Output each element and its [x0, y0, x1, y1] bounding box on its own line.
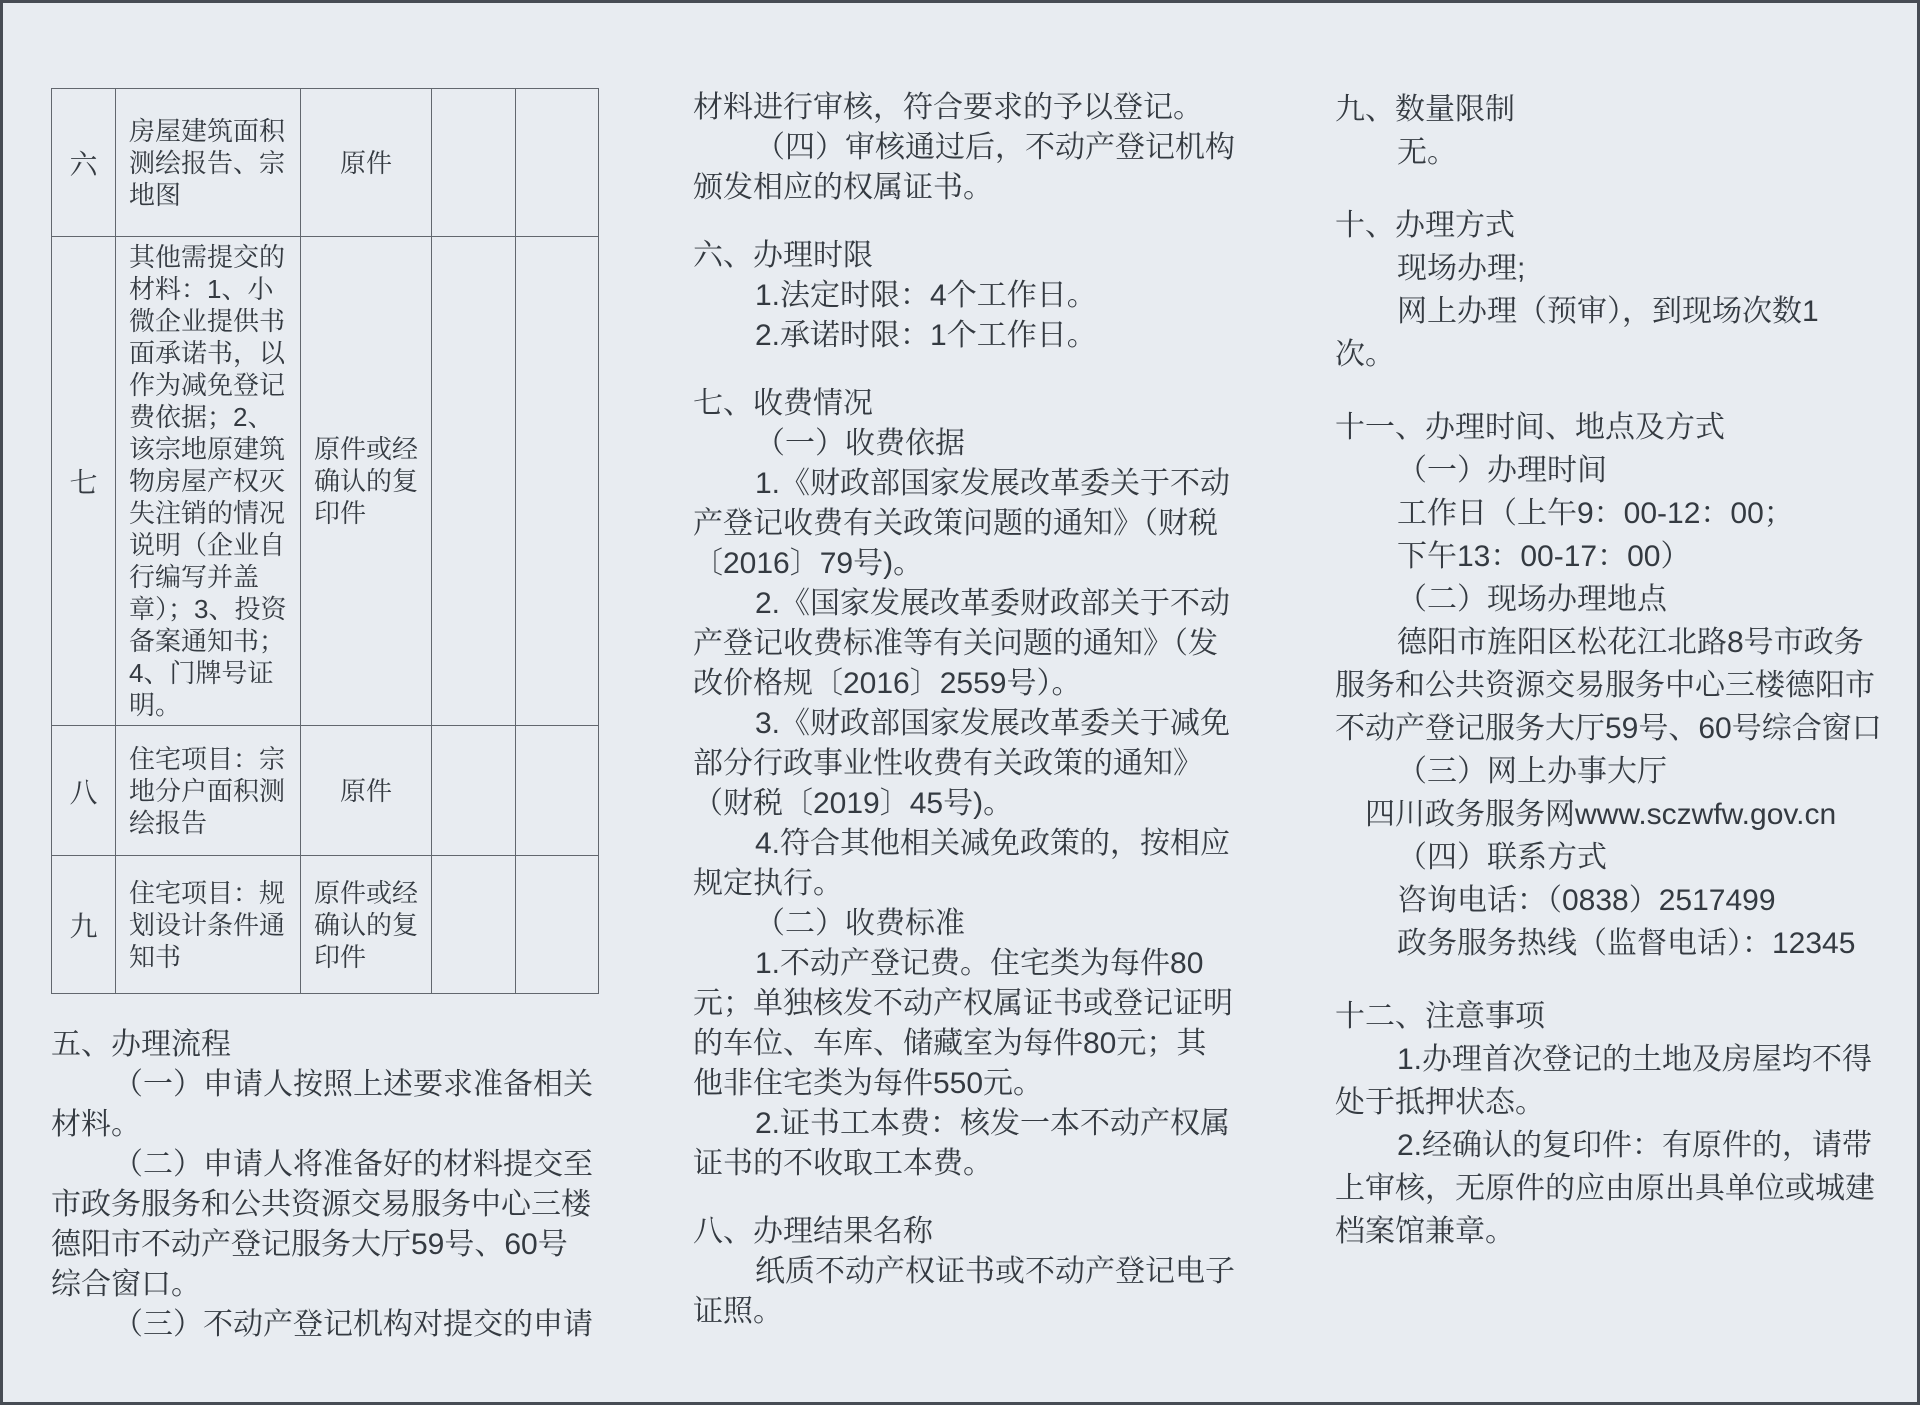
text-line: 改价格规〔2016〕2559号）。	[693, 664, 1238, 704]
material-form-cell: 原件	[301, 726, 432, 856]
text-line: 颁发相应的权属证书。	[693, 168, 1238, 208]
text-line: 十二、注意事项	[1335, 995, 1917, 1038]
text-line: 2.承诺时限：1个工作日。	[693, 316, 1238, 356]
text-line: 材料进行审核，符合要求的予以登记。	[693, 88, 1238, 128]
requirements-table: 六房屋建筑面积测绘报告、宗地图原件七其他需提交的材料：1、小微企业提供书面承诺书…	[51, 88, 599, 994]
table-row: 八住宅项目：宗地分户面积测绘报告原件	[52, 726, 599, 856]
text-line: 产登记收费标准等有关问题的通知》（发	[693, 624, 1238, 664]
text-line: （三）网上办事大厅	[1335, 750, 1917, 793]
text-line: 证照。	[693, 1292, 1238, 1332]
text-line: （财税〔2019〕45号)。	[693, 784, 1238, 824]
material-name-cell: 房屋建筑面积测绘报告、宗地图	[116, 89, 301, 237]
text-line: 处于抵押状态。	[1335, 1081, 1917, 1124]
material-name-cell: 其他需提交的材料：1、小微企业提供书面承诺书，以作为减免登记费依据；2、该宗地原…	[116, 237, 301, 726]
text-line: 政务服务热线（监督电话）：12345	[1335, 922, 1917, 965]
text-line: 无。	[1335, 131, 1917, 174]
text-line: 1.不动产登记费。住宅类为每件80	[693, 944, 1238, 984]
text-line: 次。	[1335, 333, 1917, 376]
text-line: （三）不动产登记机构对提交的申请	[51, 1305, 596, 1345]
text-line: 综合窗口。	[51, 1265, 596, 1305]
material-form-cell: 原件或经确认的复印件	[301, 856, 432, 994]
text-line: 1.《财政部国家发展改革委关于不动	[693, 464, 1238, 504]
empty-cell	[432, 856, 516, 994]
right-column: 九、数量限制无。十、办理方式现场办理;网上办理（预审），到现场次数1次。十一、办…	[1335, 88, 1917, 1253]
row-index-cell: 九	[52, 856, 116, 994]
text-line: 他非住宅类为每件550元。	[693, 1064, 1238, 1104]
text-line: 的车位、车库、储藏室为每件80元；其	[693, 1024, 1238, 1064]
blank-line	[1335, 965, 1917, 995]
text-line: 证书的不收取工本费。	[693, 1144, 1238, 1184]
text-line: 3.《财政部国家发展改革委关于减免	[693, 704, 1238, 744]
material-name-cell: 住宅项目：宗地分户面积测绘报告	[116, 726, 301, 856]
middle-column: 材料进行审核，符合要求的予以登记。（四）审核通过后，不动产登记机构颁发相应的权属…	[693, 88, 1238, 1332]
text-line: （二）申请人将准备好的材料提交至	[51, 1145, 596, 1185]
text-line: （四）审核通过后，不动产登记机构	[693, 128, 1238, 168]
text-line: 纸质不动产权证书或不动产登记电子	[693, 1252, 1238, 1292]
text-line: 德阳市旌阳区松花江北路8号市政务	[1335, 621, 1917, 664]
text-line: 工作日（上午9：00-12：00；	[1335, 492, 1917, 535]
empty-cell	[516, 726, 599, 856]
empty-cell	[432, 726, 516, 856]
text-line: 2.《国家发展改革委财政部关于不动	[693, 584, 1238, 624]
text-line: 规定执行。	[693, 864, 1238, 904]
text-line: 服务和公共资源交易服务中心三楼德阳市	[1335, 664, 1917, 707]
text-line: 咨询电话：（0838）2517499	[1335, 879, 1917, 922]
text-line: 下午13：00-17：00）	[1335, 535, 1917, 578]
blank-line	[1335, 174, 1917, 204]
text-line: 八、办理结果名称	[693, 1212, 1238, 1252]
text-line: （二）现场办理地点	[1335, 578, 1917, 621]
empty-cell	[516, 237, 599, 726]
text-line: 六、办理时限	[693, 236, 1238, 276]
requirements-table-body: 六房屋建筑面积测绘报告、宗地图原件七其他需提交的材料：1、小微企业提供书面承诺书…	[52, 89, 599, 994]
empty-cell	[432, 237, 516, 726]
text-line: （一）申请人按照上述要求准备相关	[51, 1065, 596, 1105]
text-line: 十一、办理时间、地点及方式	[1335, 406, 1917, 449]
text-line: 4.符合其他相关减免政策的，按相应	[693, 824, 1238, 864]
text-line: （二）收费标准	[693, 904, 1238, 944]
text-line: 不动产登记服务大厅59号、60号综合窗口	[1335, 707, 1917, 750]
text-line: 德阳市不动产登记服务大厅59号、60号	[51, 1225, 596, 1265]
blank-line	[693, 1184, 1238, 1212]
document-page: 六房屋建筑面积测绘报告、宗地图原件七其他需提交的材料：1、小微企业提供书面承诺书…	[0, 0, 1920, 1405]
text-line: 1.办理首次登记的土地及房屋均不得	[1335, 1038, 1917, 1081]
material-name-cell: 住宅项目：规划设计条件通知书	[116, 856, 301, 994]
table-row: 七其他需提交的材料：1、小微企业提供书面承诺书，以作为减免登记费依据；2、该宗地…	[52, 237, 599, 726]
text-line: 部分行政事业性收费有关政策的通知》	[693, 744, 1238, 784]
text-line: 网上办理（预审），到现场次数1	[1335, 290, 1917, 333]
text-line: 四川政务服务网www.sczwfw.gov.cn	[1335, 793, 1917, 836]
empty-cell	[516, 856, 599, 994]
text-line: 材料。	[51, 1105, 596, 1145]
empty-cell	[432, 89, 516, 237]
empty-cell	[516, 89, 599, 237]
table-row: 九住宅项目：规划设计条件通知书原件或经确认的复印件	[52, 856, 599, 994]
left-column: 五、办理流程（一）申请人按照上述要求准备相关材料。（二）申请人将准备好的材料提交…	[51, 1025, 596, 1345]
text-line: 〔2016〕79号)。	[693, 544, 1238, 584]
text-line: （一）办理时间	[1335, 449, 1917, 492]
text-line: 现场办理;	[1335, 247, 1917, 290]
row-index-cell: 七	[52, 237, 116, 726]
text-line: （四）联系方式	[1335, 836, 1917, 879]
text-line: 产登记收费有关政策问题的通知》（财税	[693, 504, 1238, 544]
text-line: 七、收费情况	[693, 384, 1238, 424]
blank-line	[693, 208, 1238, 236]
text-line: 2.经确认的复印件：有原件的，请带	[1335, 1124, 1917, 1167]
table-row: 六房屋建筑面积测绘报告、宗地图原件	[52, 89, 599, 237]
material-form-cell: 原件或经确认的复印件	[301, 237, 432, 726]
text-line: 1.法定时限：4个工作日。	[693, 276, 1238, 316]
material-form-cell: 原件	[301, 89, 432, 237]
text-line: 元；单独核发不动产权属证书或登记证明	[693, 984, 1238, 1024]
blank-line	[693, 356, 1238, 384]
blank-line	[1335, 376, 1917, 406]
row-index-cell: 六	[52, 89, 116, 237]
text-line: （一）收费依据	[693, 424, 1238, 464]
text-line: 2.证书工本费：核发一本不动产权属	[693, 1104, 1238, 1144]
row-index-cell: 八	[52, 726, 116, 856]
text-line: 五、办理流程	[51, 1025, 596, 1065]
text-line: 市政务服务和公共资源交易服务中心三楼	[51, 1185, 596, 1225]
text-line: 上审核，无原件的应由原出具单位或城建	[1335, 1167, 1917, 1210]
text-line: 档案馆兼章。	[1335, 1210, 1917, 1253]
text-line: 九、数量限制	[1335, 88, 1917, 131]
text-line: 十、办理方式	[1335, 204, 1917, 247]
